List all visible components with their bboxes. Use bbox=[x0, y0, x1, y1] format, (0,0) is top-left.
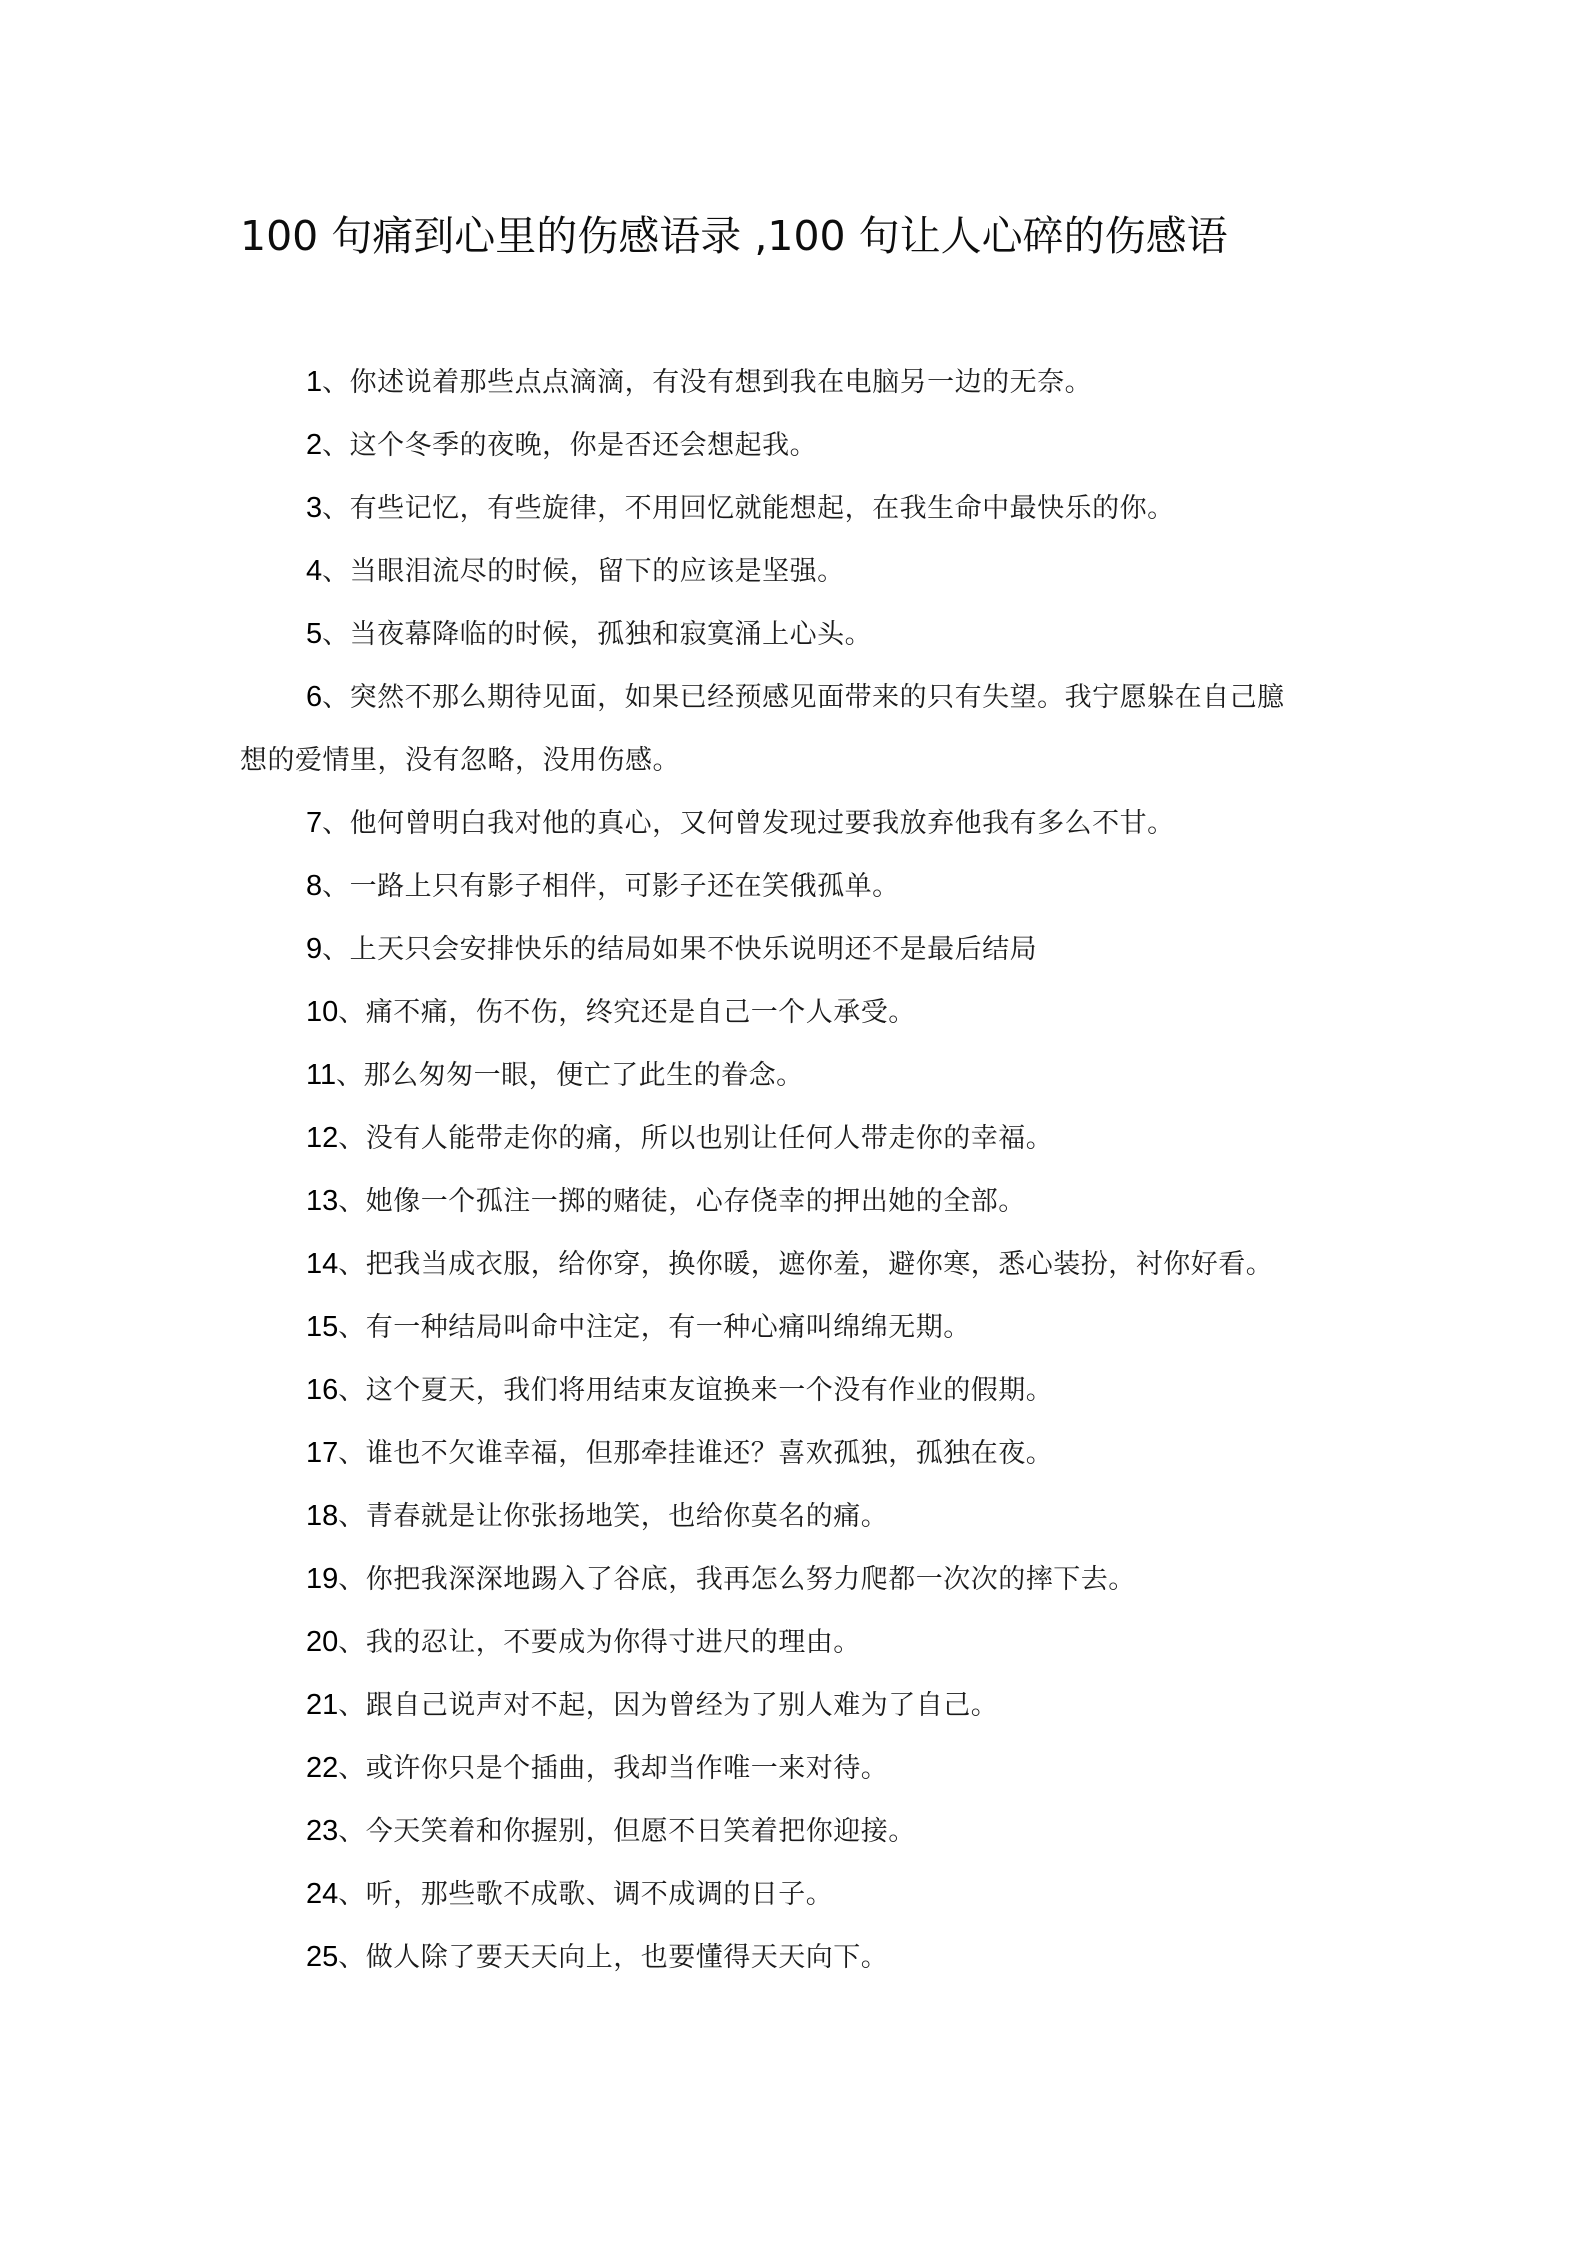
item-number: 18 bbox=[306, 1500, 338, 1532]
item-separator: 、 bbox=[338, 1375, 366, 1406]
item-separator: 、 bbox=[322, 493, 350, 524]
item-text: 一路上只有影子相伴，可影子还在笑俄孤单。 bbox=[350, 871, 900, 902]
item-text: 跟自己说声对不起，因为曾经为了别人难为了自己。 bbox=[366, 1690, 999, 1721]
list-item: 4、当眼泪流尽的时候，留下的应该是坚强。 bbox=[240, 540, 1310, 603]
item-separator: 、 bbox=[338, 1438, 366, 1469]
list-item: 11、那么匆匆一眼，便亡了此生的眷念。 bbox=[240, 1044, 1310, 1107]
list-item: 2、这个冬季的夜晚，你是否还会想起我。 bbox=[240, 414, 1310, 477]
list-item: 24、听，那些歌不成歌、调不成调的日子。 bbox=[240, 1863, 1310, 1926]
item-number: 12 bbox=[306, 1122, 338, 1154]
item-text: 听，那些歌不成歌、调不成调的日子。 bbox=[366, 1879, 834, 1910]
item-number: 10 bbox=[306, 996, 338, 1028]
item-number: 14 bbox=[306, 1248, 338, 1280]
item-separator: 、 bbox=[338, 1627, 366, 1658]
item-number: 3 bbox=[306, 492, 322, 524]
item-number: 5 bbox=[306, 618, 322, 650]
list-item: 7、他何曾明白我对他的真心，又何曾发现过要我放弃他我有多么不甘。 bbox=[240, 792, 1310, 855]
item-number: 11 bbox=[306, 1059, 336, 1091]
list-item: 16、这个夏天，我们将用结束友谊换来一个没有作业的假期。 bbox=[240, 1359, 1310, 1422]
item-number: 6 bbox=[306, 681, 322, 713]
item-text: 那么匆匆一眼，便亡了此生的眷念。 bbox=[364, 1060, 804, 1091]
item-text: 突然不那么期待见面，如果已经预感见面带来的只有失望。我宁愿躲在自己臆想的爱情里，… bbox=[240, 682, 1285, 776]
item-text: 青春就是让你张扬地笑，也给你莫名的痛。 bbox=[366, 1501, 889, 1532]
list-item: 18、青春就是让你张扬地笑，也给你莫名的痛。 bbox=[240, 1485, 1310, 1548]
item-text: 有些记忆，有些旋律，不用回忆就能想起，在我生命中最快乐的你。 bbox=[350, 493, 1175, 524]
item-separator: 、 bbox=[322, 808, 350, 839]
list-item: 1、你述说着那些点点滴滴，有没有想到我在电脑另一边的无奈。 bbox=[240, 351, 1310, 414]
list-item: 17、谁也不欠谁幸福，但那牵挂谁还？喜欢孤独，孤独在夜。 bbox=[240, 1422, 1310, 1485]
item-separator: 、 bbox=[338, 1753, 366, 1784]
item-separator: 、 bbox=[338, 1186, 366, 1217]
item-separator: 、 bbox=[338, 1312, 366, 1343]
list-item: 15、有一种结局叫命中注定，有一种心痛叫绵绵无期。 bbox=[240, 1296, 1310, 1359]
list-item: 8、一路上只有影子相伴，可影子还在笑俄孤单。 bbox=[240, 855, 1310, 918]
item-separator: 、 bbox=[338, 1501, 366, 1532]
item-text: 这个夏天，我们将用结束友谊换来一个没有作业的假期。 bbox=[366, 1375, 1054, 1406]
item-separator: 、 bbox=[338, 1123, 366, 1154]
list-item: 9、上天只会安排快乐的结局如果不快乐说明还不是最后结局 bbox=[240, 918, 1310, 981]
item-number: 8 bbox=[306, 870, 322, 902]
list-item: 25、做人除了要天天向上，也要懂得天天向下。 bbox=[240, 1926, 1310, 1989]
item-text: 没有人能带走你的痛，所以也别让任何人带走你的幸福。 bbox=[366, 1123, 1054, 1154]
list-item: 6、突然不那么期待见面，如果已经预感见面带来的只有失望。我宁愿躲在自己臆想的爱情… bbox=[240, 666, 1310, 792]
item-number: 25 bbox=[306, 1941, 338, 1973]
item-separator: 、 bbox=[338, 1564, 366, 1595]
item-separator: 、 bbox=[322, 430, 350, 461]
item-number: 2 bbox=[306, 429, 322, 461]
item-text: 今天笑着和你握别，但愿不日笑着把你迎接。 bbox=[366, 1816, 916, 1847]
item-number: 16 bbox=[306, 1374, 338, 1406]
item-number: 7 bbox=[306, 807, 322, 839]
item-text: 他何曾明白我对他的真心，又何曾发现过要我放弃他我有多么不甘。 bbox=[350, 808, 1175, 839]
item-separator: 、 bbox=[338, 1249, 366, 1280]
item-separator: 、 bbox=[322, 556, 350, 587]
list-item: 13、她像一个孤注一掷的赌徒，心存侥幸的押出她的全部。 bbox=[240, 1170, 1310, 1233]
item-text: 谁也不欠谁幸福，但那牵挂谁还？喜欢孤独，孤独在夜。 bbox=[366, 1438, 1054, 1469]
item-text: 当夜幕降临的时候，孤独和寂寞涌上心头。 bbox=[350, 619, 873, 650]
quote-list: 1、你述说着那些点点滴滴，有没有想到我在电脑另一边的无奈。 2、这个冬季的夜晚，… bbox=[240, 351, 1310, 1989]
list-item: 23、今天笑着和你握别，但愿不日笑着把你迎接。 bbox=[240, 1800, 1310, 1863]
item-separator: 、 bbox=[322, 367, 350, 398]
item-text: 上天只会安排快乐的结局如果不快乐说明还不是最后结局 bbox=[350, 934, 1038, 965]
item-number: 1 bbox=[306, 366, 322, 398]
item-number: 4 bbox=[306, 555, 322, 587]
list-item: 21、跟自己说声对不起，因为曾经为了别人难为了自己。 bbox=[240, 1674, 1310, 1737]
item-separator: 、 bbox=[338, 1879, 366, 1910]
list-item: 19、你把我深深地踢入了谷底，我再怎么努力爬都一次次的摔下去。 bbox=[240, 1548, 1310, 1611]
item-separator: 、 bbox=[338, 1690, 366, 1721]
list-item: 12、没有人能带走你的痛，所以也别让任何人带走你的幸福。 bbox=[240, 1107, 1310, 1170]
item-separator: 、 bbox=[338, 1816, 366, 1847]
list-item: 14、把我当成衣服，给你穿，换你暖，遮你羞，避你寒，悉心装扮，衬你好看。 bbox=[240, 1233, 1310, 1296]
item-separator: 、 bbox=[338, 1942, 366, 1973]
item-number: 17 bbox=[306, 1437, 338, 1469]
item-number: 24 bbox=[306, 1878, 338, 1910]
item-text: 痛不痛，伤不伤，终究还是自己一个人承受。 bbox=[366, 997, 916, 1028]
item-text: 你把我深深地踢入了谷底，我再怎么努力爬都一次次的摔下去。 bbox=[366, 1564, 1136, 1595]
list-item: 5、当夜幕降临的时候，孤独和寂寞涌上心头。 bbox=[240, 603, 1310, 666]
item-number: 21 bbox=[306, 1689, 338, 1721]
item-number: 13 bbox=[306, 1185, 338, 1217]
item-separator: 、 bbox=[322, 682, 350, 713]
item-separator: 、 bbox=[322, 619, 350, 650]
list-item: 10、痛不痛，伤不伤，终究还是自己一个人承受。 bbox=[240, 981, 1310, 1044]
item-text: 有一种结局叫命中注定，有一种心痛叫绵绵无期。 bbox=[366, 1312, 971, 1343]
document-title: 100 句痛到心里的伤感语录 ,100 句让人心碎的伤感语 bbox=[240, 206, 1310, 266]
item-text: 做人除了要天天向上，也要懂得天天向下。 bbox=[366, 1942, 889, 1973]
item-text: 我的忍让，不要成为你得寸进尺的理由。 bbox=[366, 1627, 861, 1658]
item-separator: 、 bbox=[322, 934, 350, 965]
item-number: 23 bbox=[306, 1815, 338, 1847]
item-text: 把我当成衣服，给你穿，换你暖，遮你羞，避你寒，悉心装扮，衬你好看。 bbox=[366, 1249, 1274, 1280]
item-separator: 、 bbox=[336, 1060, 364, 1091]
item-number: 22 bbox=[306, 1752, 338, 1784]
item-text: 你述说着那些点点滴滴，有没有想到我在电脑另一边的无奈。 bbox=[350, 367, 1093, 398]
item-text: 当眼泪流尽的时候，留下的应该是坚强。 bbox=[350, 556, 845, 587]
item-text: 她像一个孤注一掷的赌徒，心存侥幸的押出她的全部。 bbox=[366, 1186, 1026, 1217]
item-number: 20 bbox=[306, 1626, 338, 1658]
item-number: 9 bbox=[306, 933, 322, 965]
list-item: 22、或许你只是个插曲，我却当作唯一来对待。 bbox=[240, 1737, 1310, 1800]
item-separator: 、 bbox=[338, 997, 366, 1028]
item-text: 或许你只是个插曲，我却当作唯一来对待。 bbox=[366, 1753, 889, 1784]
item-number: 15 bbox=[306, 1311, 338, 1343]
item-number: 19 bbox=[306, 1563, 338, 1595]
item-separator: 、 bbox=[322, 871, 350, 902]
list-item: 20、我的忍让，不要成为你得寸进尺的理由。 bbox=[240, 1611, 1310, 1674]
list-item: 3、有些记忆，有些旋律，不用回忆就能想起，在我生命中最快乐的你。 bbox=[240, 477, 1310, 540]
item-text: 这个冬季的夜晚，你是否还会想起我。 bbox=[350, 430, 818, 461]
